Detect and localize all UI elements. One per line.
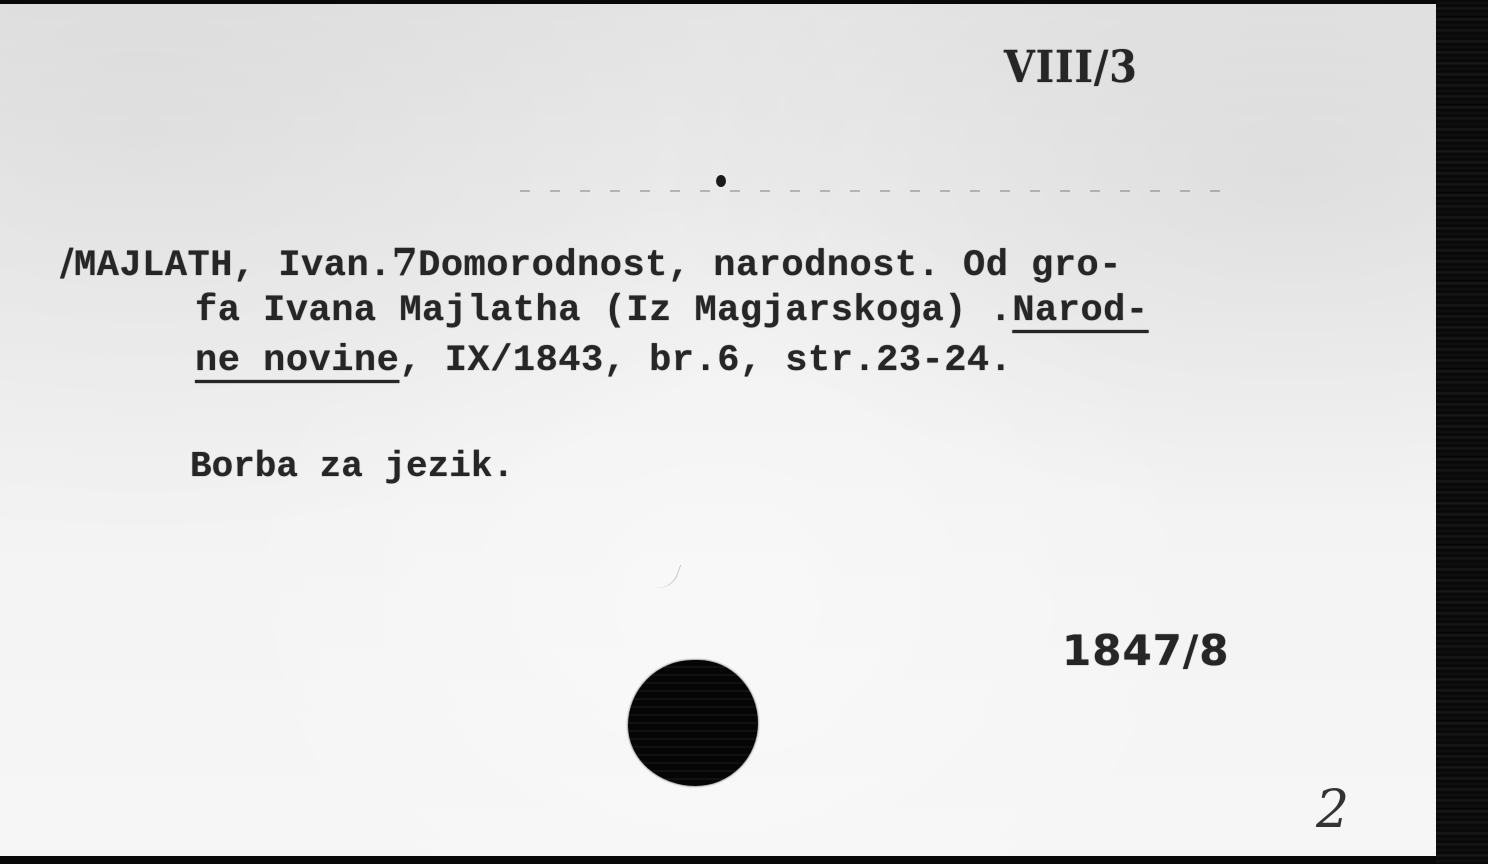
citation-details: , IX/1843, br.6, str.23-24. <box>399 340 1012 382</box>
dot-mark <box>716 175 726 187</box>
handwritten-number: 2 <box>1316 780 1349 840</box>
author-name: MAJLATH, Ivan. <box>74 245 392 287</box>
punch-hole <box>628 660 758 786</box>
faint-dash-line <box>520 190 1220 192</box>
title-continued: fa Ivana Majlatha (Iz Magjarskoga) . <box>195 290 1012 332</box>
date-code: 1847/8 <box>1062 626 1229 675</box>
catalog-card: VIII/3 /MAJLATH, Ivan.7Domorodnost, naro… <box>0 4 1436 856</box>
journal-name-start: Narod- <box>1012 290 1148 332</box>
title-start: Domorodnost, narodnost. Od gro- <box>418 245 1122 287</box>
close-bracket: 7 <box>392 240 418 284</box>
journal-name-end: ne novine <box>195 340 399 382</box>
entry-line-1: /MAJLATH, Ivan.7Domorodnost, narodnost. … <box>60 240 1122 287</box>
open-bracket: / <box>60 240 74 284</box>
scanner-background-edge <box>1436 0 1488 864</box>
faint-pencil-mark <box>642 555 681 594</box>
subject-heading: Borba za jezik. <box>190 446 514 487</box>
scanned-catalog-card: VIII/3 /MAJLATH, Ivan.7Domorodnost, naro… <box>0 0 1488 864</box>
entry-line-3: ne novine, IX/1843, br.6, str.23-24. <box>195 340 1012 382</box>
call-number: VIII/3 <box>1004 42 1138 93</box>
entry-line-2: fa Ivana Majlatha (Iz Magjarskoga) .Naro… <box>195 290 1149 332</box>
